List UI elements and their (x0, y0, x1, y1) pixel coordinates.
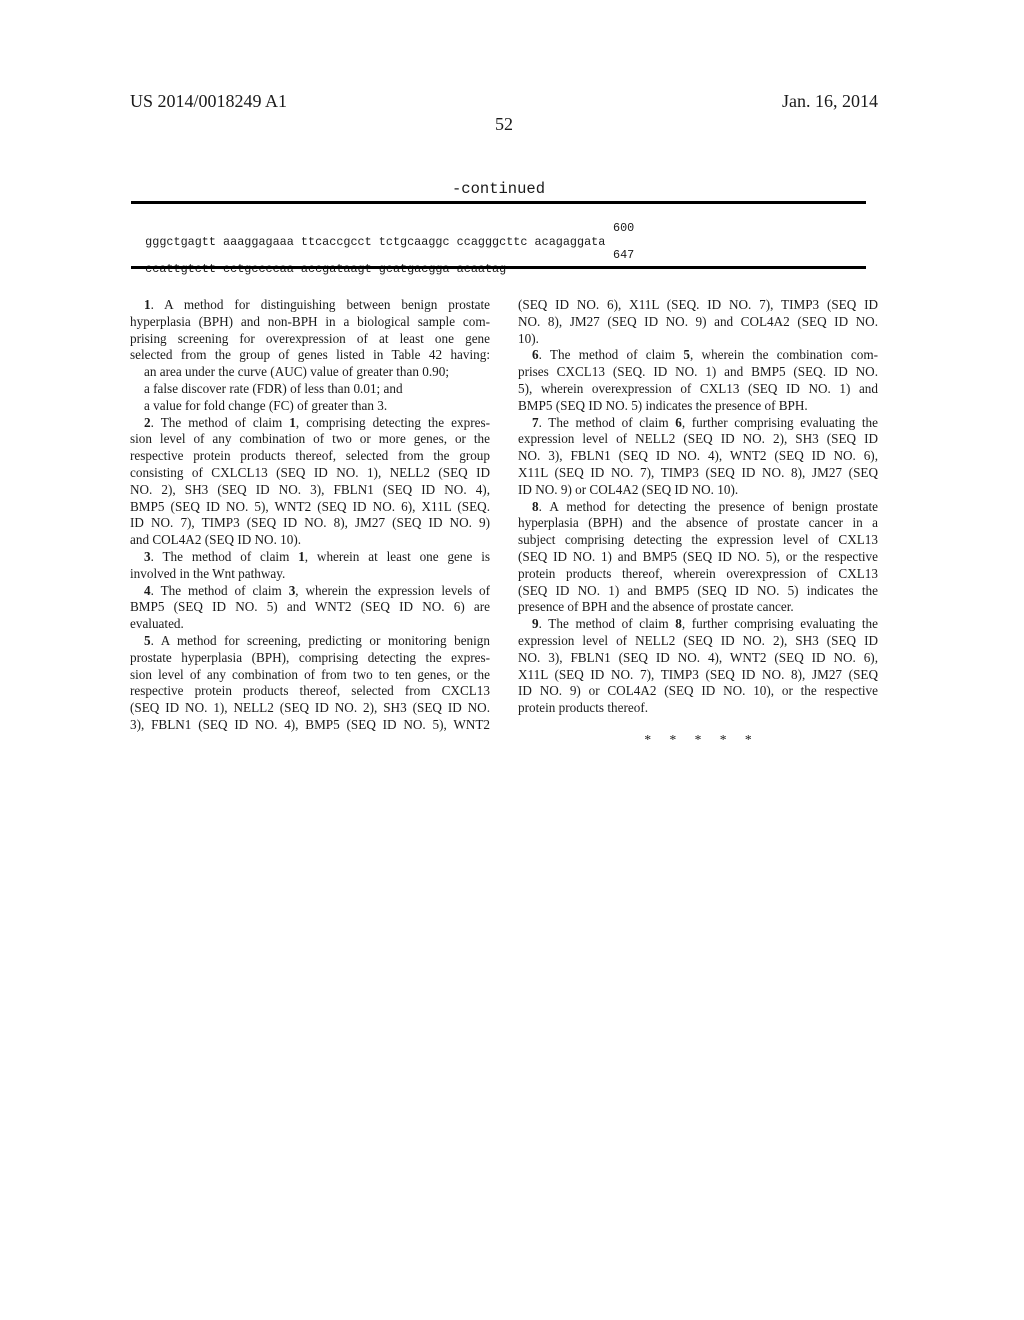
claim-text-line: ID NO. 7), TIMP3 (SEQ ID NO. 8), JM27 (S… (130, 515, 490, 532)
claim-text-line: prostate hyperplasia (BPH), comprising d… (130, 650, 490, 667)
claim-number: 5 (683, 347, 690, 362)
claim-text: 10). (518, 331, 539, 346)
claim-text-line: hyperplasia (BPH) and non-BPH in a biolo… (130, 314, 490, 331)
claim-number: 6 (675, 415, 682, 430)
claim-text-line: 9. The method of claim 8, further compri… (518, 616, 878, 633)
claim-text: prising screening for overexpression of … (130, 331, 490, 346)
claim-text-line: protein products thereof. (518, 700, 878, 717)
claim-text: 3), FBLN1 (SEQ ID NO. 4), BMP5 (SEQ ID N… (130, 717, 490, 732)
claim-text-line: NO. 3), FBLN1 (SEQ ID NO. 4), WNT2 (SEQ … (518, 650, 878, 667)
publication-number: US 2014/0018249 A1 (130, 91, 287, 111)
claim-text: BMP5 (SEQ ID NO. 5), WNT2 (SEQ ID NO. 6)… (130, 499, 490, 514)
claim-text-line: 3), FBLN1 (SEQ ID NO. 4), BMP5 (SEQ ID N… (130, 717, 490, 734)
claim-text-line: 6. The method of claim 5, wherein the co… (518, 347, 878, 364)
claim-number: 1 (144, 297, 151, 312)
claim-text-line: respective protein products thereof, sel… (130, 683, 490, 700)
claim-text-line: protein products thereof, wherein overex… (518, 566, 878, 583)
claim-text-line: BMP5 (SEQ ID NO. 5) indicates the presen… (518, 398, 878, 415)
claim-text: . The method of claim (539, 347, 684, 362)
claim-text: subject comprising detecting the express… (518, 532, 878, 547)
claim-text: (SEQ ID NO. 1) and BMP5 (SEQ ID NO. 5) i… (518, 583, 878, 598)
claim-text: a false discover rate (FDR) of less than… (144, 381, 403, 396)
claim-text-line: subject comprising detecting the express… (518, 532, 878, 549)
sequence-text: ccattgtctt cctgccccaa accgataagt gcatgac… (145, 262, 506, 276)
claims-column-left: 1. A method for distinguishing between b… (130, 297, 490, 749)
claim-text: , further comprising evaluating the (682, 616, 878, 631)
claim-text-line: 7. The method of claim 6, further compri… (518, 415, 878, 432)
claim-text-line: sion level of any combination of from tw… (130, 667, 490, 684)
claim-text: (SEQ ID NO. 6), X11L (SEQ. ID NO. 7), TI… (518, 297, 878, 312)
sequence-position: 647 (613, 248, 634, 262)
claim-text: an area under the curve (AUC) value of g… (144, 364, 449, 379)
claim-number: 9 (532, 616, 539, 631)
claim-text-line: consisting of CXLCL13 (SEQ ID NO. 1), NE… (130, 465, 490, 482)
claim-text-line: (SEQ ID NO. 6), X11L (SEQ. ID NO. 7), TI… (518, 297, 878, 314)
claim-text-line: X11L (SEQ ID NO. 7), TIMP3 (SEQ ID NO. 8… (518, 465, 878, 482)
claim-number: 1 (289, 415, 296, 430)
claim-text: . A method for distinguishing between be… (151, 297, 490, 312)
claim-text-line: BMP5 (SEQ ID NO. 5) and WNT2 (SEQ ID NO.… (130, 599, 490, 616)
claim-text: (SEQ ID NO. 1), NELL2 (SEQ ID NO. 2), SH… (130, 700, 490, 715)
claim-text: prises CXCL13 (SEQ. ID NO. 1) and BMP5 (… (518, 364, 878, 379)
claim-text: BMP5 (SEQ ID NO. 5) and WNT2 (SEQ ID NO.… (130, 599, 490, 614)
claim-text: expression level of NELL2 (SEQ ID NO. 2)… (518, 431, 878, 446)
claim-text: , further comprising evaluating the (682, 415, 878, 430)
claim-text-line: expression level of NELL2 (SEQ ID NO. 2)… (518, 633, 878, 650)
claim-text-line: X11L (SEQ ID NO. 7), TIMP3 (SEQ ID NO. 8… (518, 667, 878, 684)
claim-text-line: evaluated. (130, 616, 490, 633)
claim-text-line: 3. The method of claim 1, wherein at lea… (130, 549, 490, 566)
claim-number: 7 (532, 415, 539, 430)
claim-text-line: hyperplasia (BPH) and the absence of pro… (518, 515, 878, 532)
claim-text: , wherein the expression levels of (295, 583, 490, 598)
claim-text: hyperplasia (BPH) and non-BPH in a biolo… (130, 314, 490, 329)
claim-number: 3 (144, 549, 151, 564)
claim-text: , wherein at least one gene is (305, 549, 490, 564)
claim-text-line: (SEQ ID NO. 1), NELL2 (SEQ ID NO. 2), SH… (130, 700, 490, 717)
claim-text: . The method of claim (539, 616, 676, 631)
claim-text: consisting of CXLCL13 (SEQ ID NO. 1), NE… (130, 465, 490, 480)
claim-text: protein products thereof, wherein overex… (518, 566, 878, 581)
claim-text: , comprising detecting the expres- (296, 415, 490, 430)
claim-text-line: respective protein products thereof, sel… (130, 448, 490, 465)
claims-column-right: (SEQ ID NO. 6), X11L (SEQ. ID NO. 7), TI… (518, 297, 878, 749)
claim-text-line: NO. 3), FBLN1 (SEQ ID NO. 4), WNT2 (SEQ … (518, 448, 878, 465)
claim-text-line: NO. 2), SH3 (SEQ ID NO. 3), FBLN1 (SEQ I… (130, 482, 490, 499)
claim-text-line: 10). (518, 331, 878, 348)
claim-text: ID NO. 9) or COL4A2 (SEQ ID NO. 10), or … (518, 683, 878, 698)
claim-text: selected from the group of genes listed … (130, 347, 490, 362)
claim-text: . A method for screening, predicting or … (151, 633, 490, 648)
claim-text: NO. 3), FBLN1 (SEQ ID NO. 4), WNT2 (SEQ … (518, 448, 878, 463)
claim-text-line: prising screening for overexpression of … (130, 331, 490, 348)
claim-text-line: selected from the group of genes listed … (130, 347, 490, 364)
claim-text: . A method for detecting the presence of… (539, 499, 878, 514)
claim-text-line: a value for fold change (FC) of greater … (130, 398, 490, 415)
claim-text: BMP5 (SEQ ID NO. 5) indicates the presen… (518, 398, 808, 413)
claim-text: NO. 8), JM27 (SEQ ID NO. 9) and COL4A2 (… (518, 314, 878, 329)
claim-text: a value for fold change (FC) of greater … (144, 398, 387, 413)
claim-text: X11L (SEQ ID NO. 7), TIMP3 (SEQ ID NO. 8… (518, 465, 878, 480)
claim-text-line: ID NO. 9) or COL4A2 (SEQ ID NO. 10), or … (518, 683, 878, 700)
claim-number: 1 (298, 549, 305, 564)
claim-text-line: prises CXCL13 (SEQ. ID NO. 1) and BMP5 (… (518, 364, 878, 381)
claim-text: , wherein the combination com- (690, 347, 878, 362)
claim-text: NO. 2), SH3 (SEQ ID NO. 3), FBLN1 (SEQ I… (130, 482, 490, 497)
claim-text-line: 5), wherein overexpression of CXL13 (SEQ… (518, 381, 878, 398)
sequence-position: 600 (613, 221, 634, 235)
claim-text-line: NO. 8), JM27 (SEQ ID NO. 9) and COL4A2 (… (518, 314, 878, 331)
claim-text: ID NO. 7), TIMP3 (SEQ ID NO. 8), JM27 (S… (130, 515, 490, 530)
claim-number: 6 (532, 347, 539, 362)
claim-text: 5), wherein overexpression of CXL13 (SEQ… (518, 381, 878, 396)
claim-text: expression level of NELL2 (SEQ ID NO. 2)… (518, 633, 878, 648)
claim-number: 2 (144, 415, 151, 430)
claim-text-line: expression level of NELL2 (SEQ ID NO. 2)… (518, 431, 878, 448)
claim-text-line: sion level of any combination of two or … (130, 431, 490, 448)
claim-text-line: (SEQ ID NO. 1) and BMP5 (SEQ ID NO. 5) i… (518, 583, 878, 600)
claim-text: (SEQ ID NO. 1) and BMP5 (SEQ ID NO. 5), … (518, 549, 878, 564)
claim-number: 8 (532, 499, 539, 514)
claim-text: protein products thereof. (518, 700, 648, 715)
claim-text-line: (SEQ ID NO. 1) and BMP5 (SEQ ID NO. 5), … (518, 549, 878, 566)
claim-text-line: 8. A method for detecting the presence o… (518, 499, 878, 516)
claim-text: hyperplasia (BPH) and the absence of pro… (518, 515, 878, 530)
claim-text: sion level of any combination of from tw… (130, 667, 490, 682)
claim-number: 8 (675, 616, 682, 631)
claims-section: 1. A method for distinguishing between b… (130, 297, 878, 749)
claim-text: . The method of claim (151, 583, 289, 598)
sequence-text: gggctgagtt aaaggagaaa ttcaccgcct tctgcaa… (145, 235, 605, 249)
claim-text: . The method of claim (539, 415, 676, 430)
claim-text: respective protein products thereof, sel… (130, 448, 490, 463)
claim-text-line: a false discover rate (FDR) of less than… (130, 381, 490, 398)
claim-number: 5 (144, 633, 151, 648)
claim-text: NO. 3), FBLN1 (SEQ ID NO. 4), WNT2 (SEQ … (518, 650, 878, 665)
claim-text: involved in the Wnt pathway. (130, 566, 285, 581)
claim-number: 4 (144, 583, 151, 598)
table-rule-top (131, 201, 866, 204)
claim-text-line: 5. A method for screening, predicting or… (130, 633, 490, 650)
claim-text-line: involved in the Wnt pathway. (130, 566, 490, 583)
claim-text-line: and COL4A2 (SEQ ID NO. 10). (130, 532, 490, 549)
continued-label: -continued (131, 180, 866, 198)
end-of-claims-asterisks: * * * * * (518, 732, 878, 749)
claim-text: and COL4A2 (SEQ ID NO. 10). (130, 532, 301, 547)
claim-text-line: 1. A method for distinguishing between b… (130, 297, 490, 314)
claim-text: respective protein products thereof, sel… (130, 683, 490, 698)
table-rule-bottom (131, 266, 866, 269)
claim-text-line: presence of BPH and the absence of prost… (518, 599, 878, 616)
claim-text-line: ID NO. 9) or COL4A2 (SEQ ID NO. 10). (518, 482, 878, 499)
claim-text: X11L (SEQ ID NO. 7), TIMP3 (SEQ ID NO. 8… (518, 667, 878, 682)
page-header: US 2014/0018249 A1 Jan. 16, 2014 (130, 91, 878, 111)
publication-date: Jan. 16, 2014 (782, 91, 878, 111)
sequence-row: ccattgtctt cctgccccaa accgataagt gcatgac… (131, 248, 866, 290)
page-number: 52 (130, 114, 878, 134)
claim-text: presence of BPH and the absence of prost… (518, 599, 794, 614)
claim-text-line: BMP5 (SEQ ID NO. 5), WNT2 (SEQ ID NO. 6)… (130, 499, 490, 516)
claim-text: ID NO. 9) or COL4A2 (SEQ ID NO. 10). (518, 482, 738, 497)
claim-text: . The method of claim (151, 549, 299, 564)
claim-text-line: 4. The method of claim 3, wherein the ex… (130, 583, 490, 600)
claim-text: evaluated. (130, 616, 184, 631)
claim-text: sion level of any combination of two or … (130, 431, 490, 446)
claim-text: . The method of claim (151, 415, 290, 430)
claim-text-line: 2. The method of claim 1, comprising det… (130, 415, 490, 432)
claim-text: prostate hyperplasia (BPH), comprising d… (130, 650, 490, 665)
claim-text-line: an area under the curve (AUC) value of g… (130, 364, 490, 381)
